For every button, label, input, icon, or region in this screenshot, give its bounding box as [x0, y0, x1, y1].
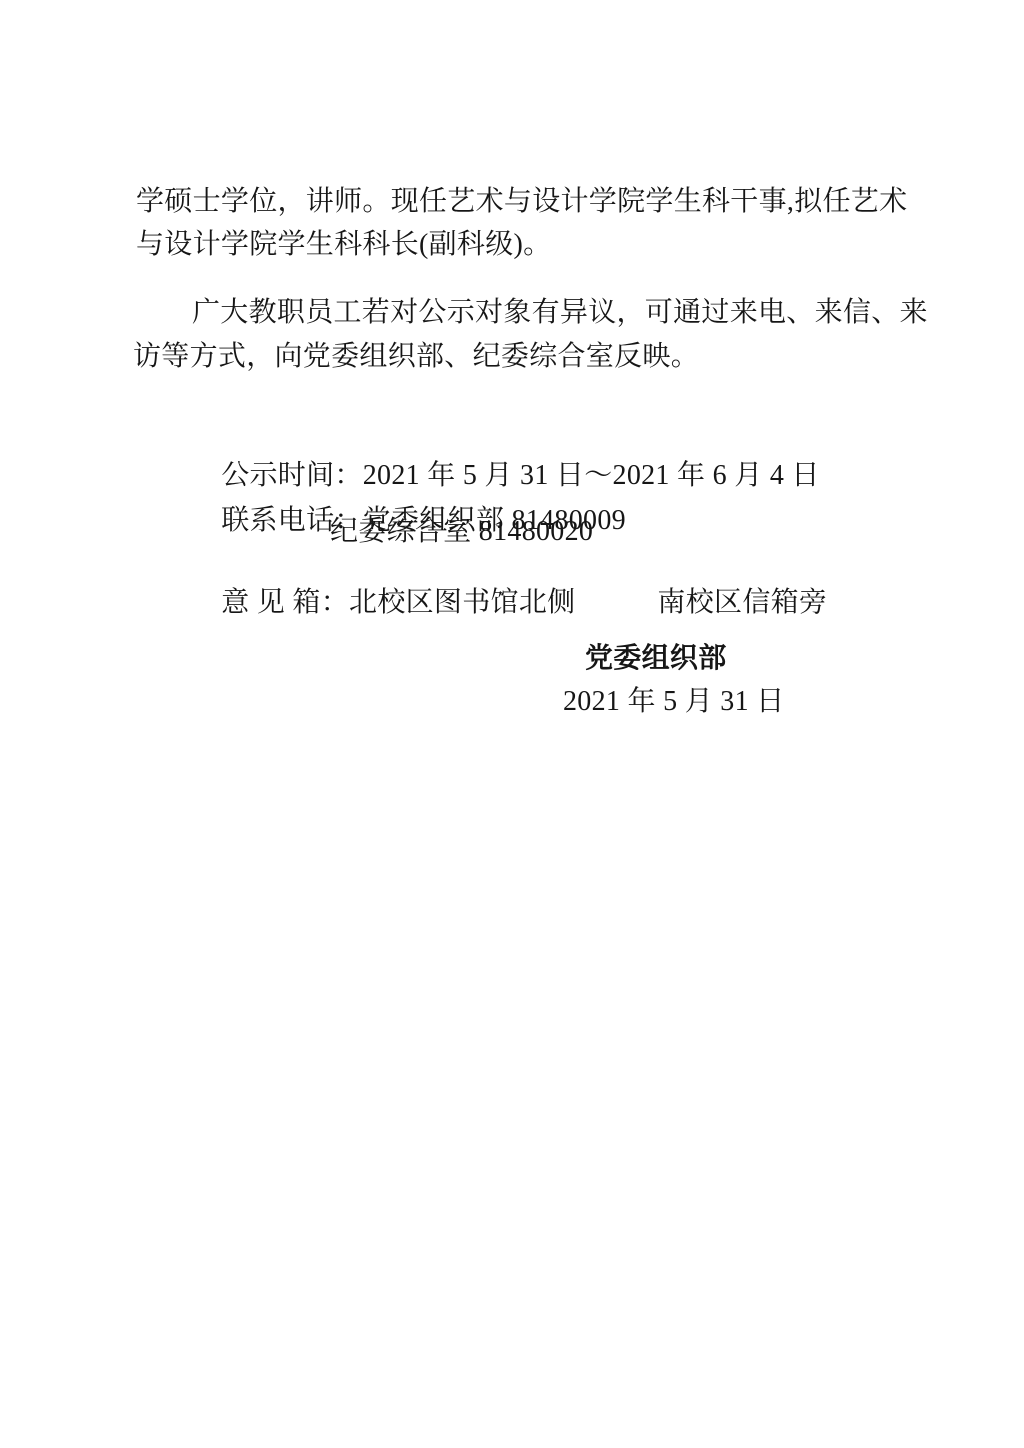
mailbox-north-location: 北校区图书馆北侧: [349, 587, 575, 619]
mailbox-south-location: 南校区信箱旁: [657, 587, 827, 619]
contact-phone-value2: 纪委综合室 81480020: [330, 516, 593, 548]
signature-date: 2021 年 5 月 31 日: [563, 686, 785, 718]
mailbox-label: 意 见 箱：: [221, 587, 349, 619]
signature-organization: 党委组织部: [585, 643, 727, 675]
paragraph1-line1: 学硕士学位，讲师。现任艺术与设计学院学生科干事,拟任艺术: [136, 186, 907, 218]
mailbox-line: 意 见 箱：北校区图书馆北侧南校区信箱旁: [192, 555, 827, 652]
paragraph2-line2: 访等方式，向党委组织部、纪委综合室反映。: [133, 341, 699, 373]
paragraph1-line2: 与设计学院学生科科长(副科级)。: [136, 229, 551, 261]
paragraph2-line1: 广大教职员工若对公示对象有异议，可通过来电、来信、来: [192, 297, 928, 329]
document-page: 学硕士学位，讲师。现任艺术与设计学院学生科干事,拟任艺术 与设计学院学生科科长(…: [0, 0, 1024, 1448]
